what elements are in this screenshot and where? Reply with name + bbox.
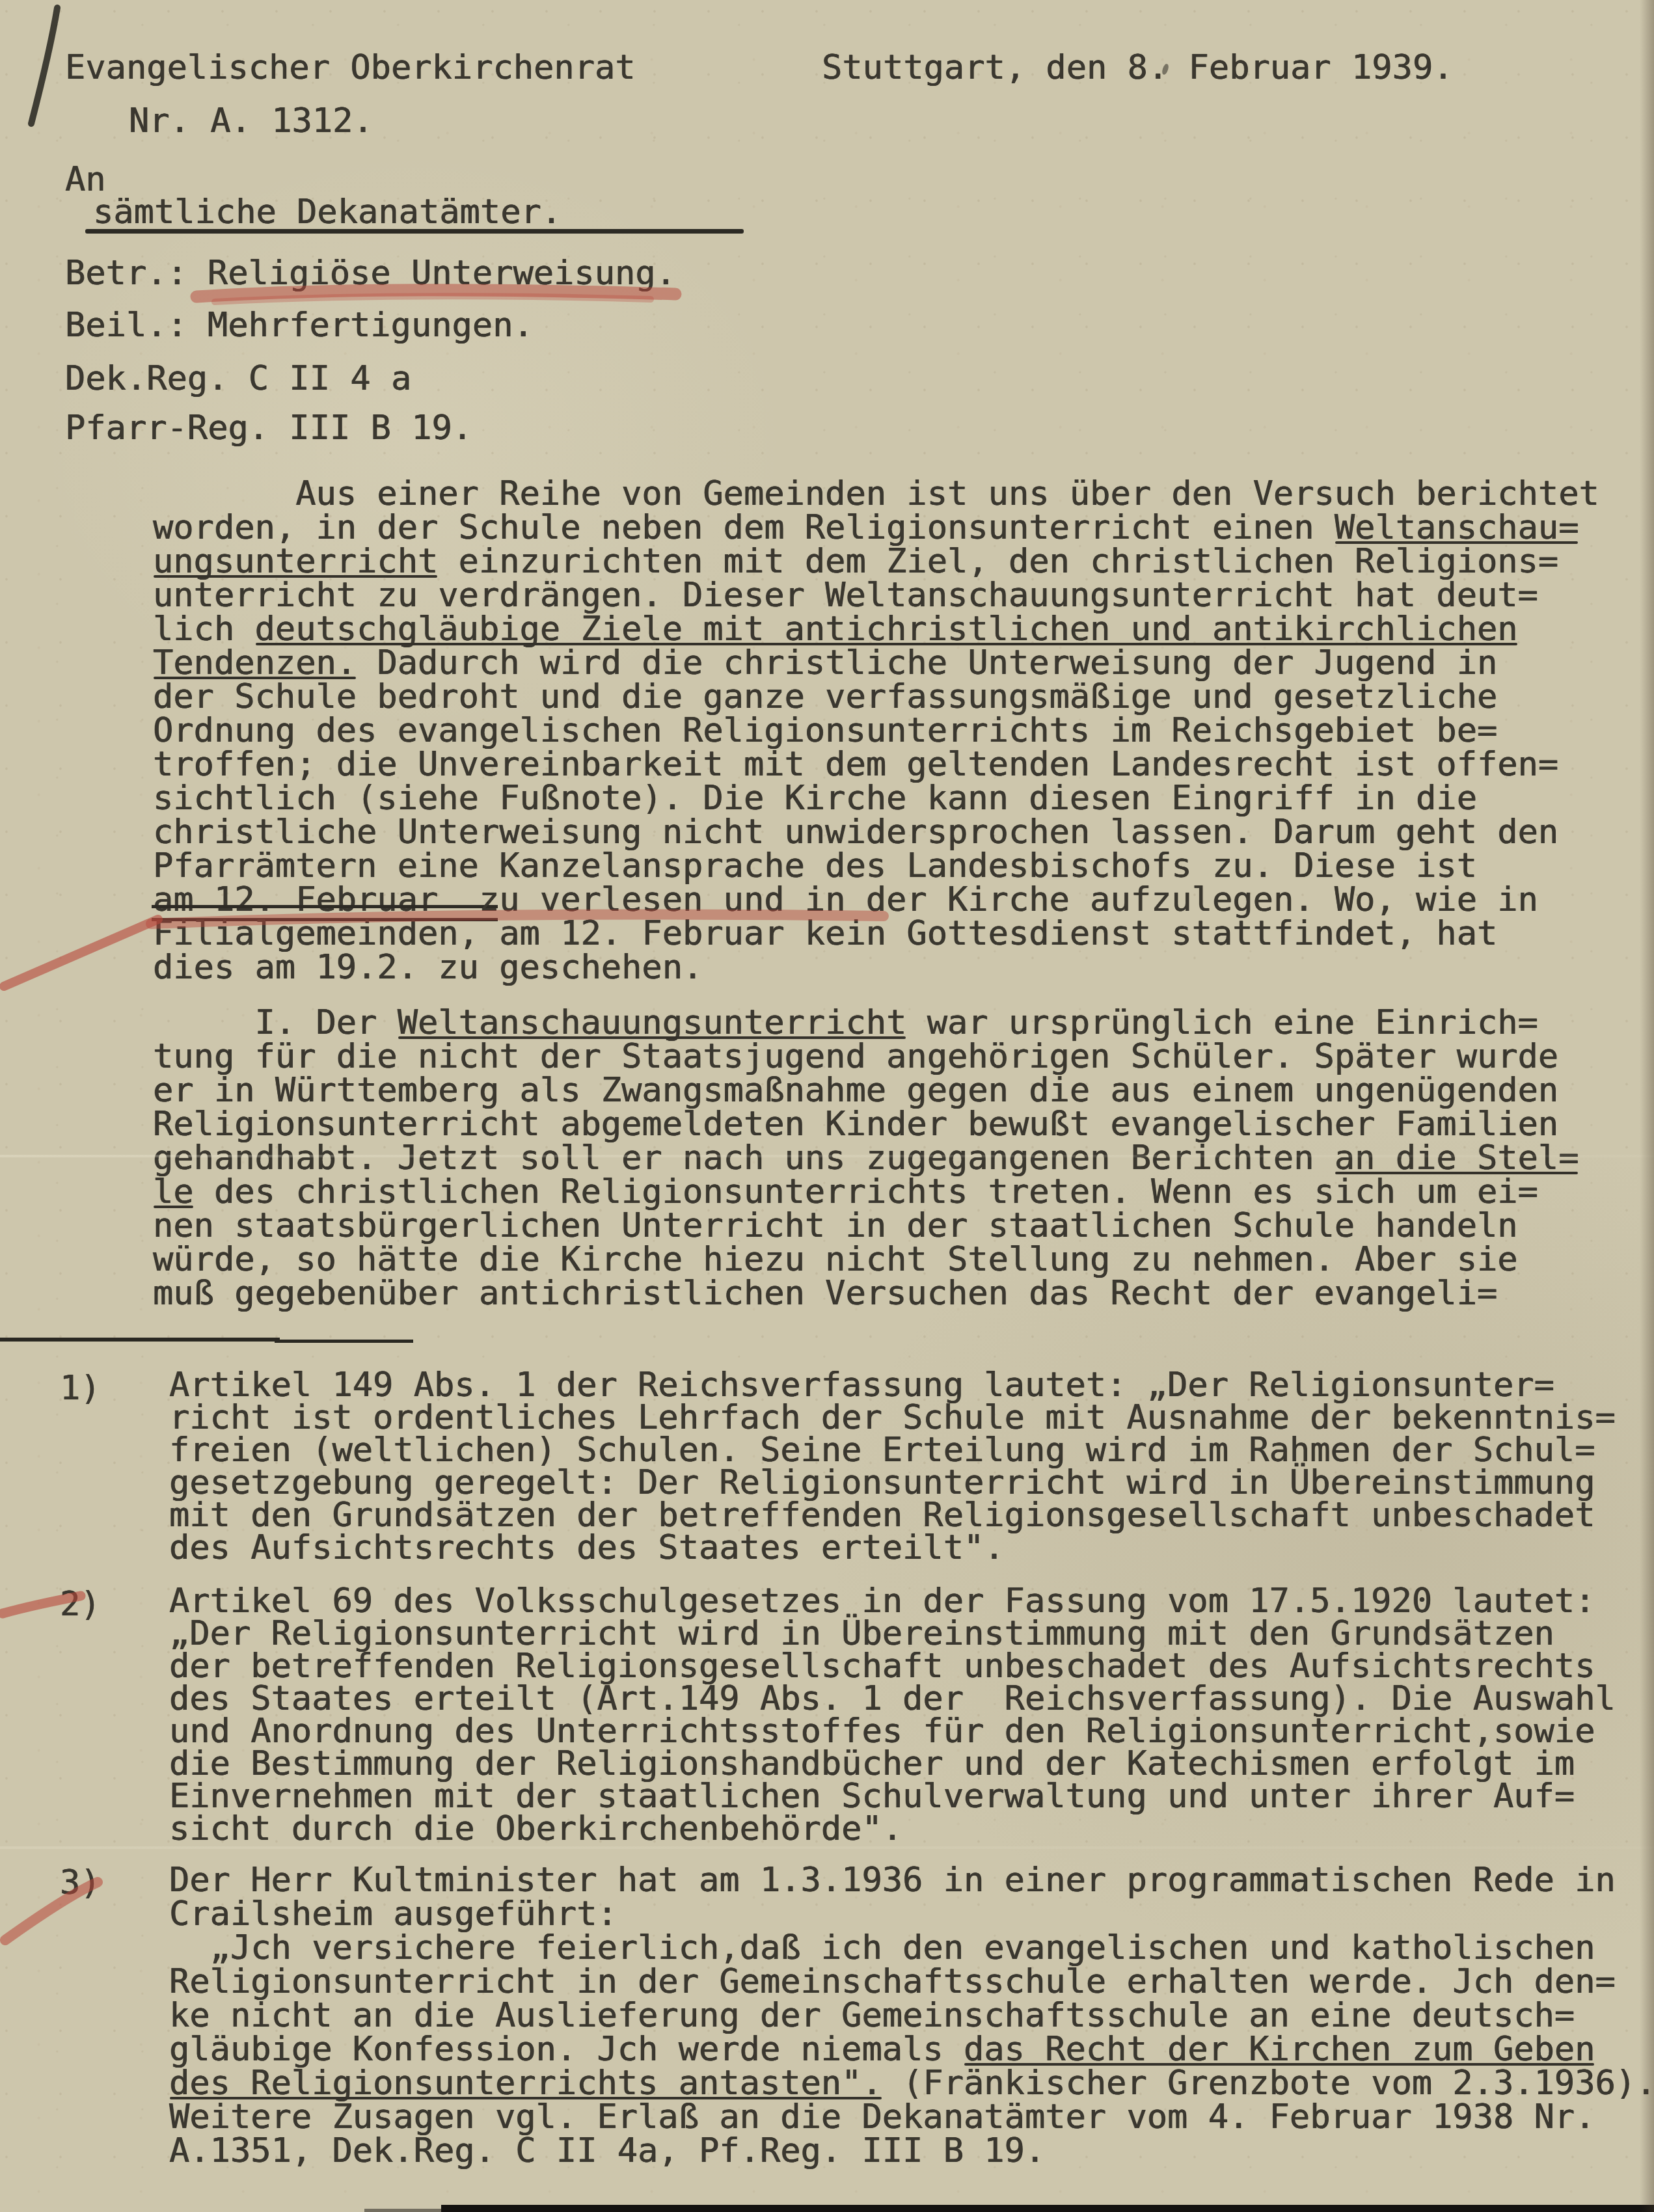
text-line: troffen; die Unvereinbarkeit mit dem gel… bbox=[153, 748, 1599, 781]
enclosure-label: Beil.: bbox=[65, 306, 187, 345]
text-line: ke nicht an die Auslieferung der Gemeins… bbox=[169, 1999, 1654, 2032]
text-line: gläubige Konfession. Jch werde niemals d… bbox=[169, 2032, 1654, 2066]
text-line: Religionsunterricht abgemeldeten Kinder … bbox=[153, 1107, 1579, 1141]
text-line: richt ist ordentliches Lehrfach der Schu… bbox=[169, 1401, 1616, 1434]
dateline: Stuttgart, den 8. Februar 1939. bbox=[822, 48, 1454, 87]
text-line: Pfarrämtern eine Kanzelansprache des Lan… bbox=[153, 849, 1599, 883]
text-line: Tendenzen. Dadurch wird die christliche … bbox=[153, 646, 1599, 680]
footnote-1-text: Artikel 149 Abs. 1 der Reichsverfassung … bbox=[169, 1369, 1616, 1564]
text-line: würde, so hätte die Kirche hiezu nicht S… bbox=[153, 1243, 1579, 1276]
footnote-2: 2) Artikel 69 des Volksschulgesetzes in … bbox=[169, 1585, 1616, 1845]
text-line: I. Der Weltanschauungsunterricht war urs… bbox=[153, 1006, 1579, 1040]
text-line: Crailsheim ausgeführt: bbox=[169, 1897, 1654, 1931]
text-line: Der Herr Kultminister hat am 1.3.1936 in… bbox=[169, 1863, 1654, 1897]
registry-pfarr: Pfarr-Reg. III B 19. bbox=[65, 409, 472, 448]
file-number: Nr. A. 1312. bbox=[129, 101, 373, 141]
text-line: le des christlichen Religionsunterrichts… bbox=[153, 1175, 1579, 1209]
text-line: nen staatsbürgerlichen Unterricht in der… bbox=[153, 1209, 1579, 1243]
text-line: der betreffenden Religionsgesellschaft u… bbox=[169, 1650, 1616, 1682]
red-crayon-underline-subject-second-pass bbox=[215, 296, 651, 302]
enclosure-row: Beil.:Mehrfertigungen. bbox=[65, 306, 534, 345]
text-line: sichtlich (siehe Fußnote). Die Kirche ka… bbox=[153, 781, 1599, 815]
footnote-2-marker: 2) bbox=[60, 1585, 101, 1624]
text-line: „Jch versichere feierlich,daß ich den ev… bbox=[169, 1931, 1654, 1965]
text-line: Religionsunterricht in der Gemeinschafts… bbox=[169, 1965, 1654, 1999]
text-line: des Religionsunterrichts antasten". (Frä… bbox=[169, 2066, 1654, 2100]
recipient: sämtliche Dekanatämter. bbox=[93, 193, 562, 232]
text-line: und Anordnung des Unterrichtsstoffes für… bbox=[169, 1715, 1616, 1747]
text-line: Einvernehmen mit der staatlichen Schulve… bbox=[169, 1780, 1616, 1813]
scan-edge bbox=[364, 2209, 449, 2212]
text-line: am 12. Februar zu verlesen und in der Ki… bbox=[153, 883, 1599, 917]
text-line: die Bestimmung der Religionshandbücher u… bbox=[169, 1747, 1616, 1780]
text-line: gehandhabt. Jetzt soll er nach uns zugeg… bbox=[153, 1141, 1579, 1175]
footnote-3: 3) Der Herr Kultminister hat am 1.3.1936… bbox=[169, 1863, 1654, 2168]
text-line: A.1351, Dek.Reg. C II 4a, Pf.Reg. III B … bbox=[169, 2134, 1654, 2168]
text-line: christliche Unterweisung nicht unwidersp… bbox=[153, 815, 1599, 849]
scan-edge bbox=[441, 2205, 1654, 2212]
text-line: worden, in der Schule neben dem Religion… bbox=[153, 511, 1599, 545]
text-line: lich deutschgläubige Ziele mit antichris… bbox=[153, 612, 1599, 646]
paper-crease bbox=[0, 1846, 1654, 1849]
body-paragraph-1: Aus einer Reihe von Gemeinden ist uns üb… bbox=[153, 477, 1599, 984]
text-line: er in Württemberg als Zwangsmaßnahme geg… bbox=[153, 1073, 1579, 1107]
text-line: Ordnung des evangelischen Religionsunter… bbox=[153, 714, 1599, 748]
ink-stroke-top-left bbox=[31, 8, 57, 124]
text-line: Artikel 149 Abs. 1 der Reichsverfassung … bbox=[169, 1369, 1616, 1401]
red-margin-slash-am-12-februar bbox=[4, 919, 158, 986]
subject-value: Religiöse Unterweisung. bbox=[208, 254, 676, 293]
text-line: der Schule bedroht und die ganze verfass… bbox=[153, 680, 1599, 714]
text-line: gesetzgebung geregelt: Der Religionsunte… bbox=[169, 1466, 1616, 1499]
recipient-underline bbox=[85, 229, 744, 234]
text-line: unterricht zu verdrängen. Dieser Weltans… bbox=[153, 578, 1599, 612]
footnote-1-marker: 1) bbox=[60, 1369, 101, 1408]
subject-row: Betr.:Religiöse Unterweisung. bbox=[65, 254, 676, 293]
paper-crease bbox=[0, 1155, 1654, 1157]
text-line: tung für die nicht der Staatsjugend ange… bbox=[153, 1040, 1579, 1073]
footnote-3-text: Der Herr Kultminister hat am 1.3.1936 in… bbox=[169, 1863, 1654, 2168]
text-line: Weitere Zusagen vgl. Erlaß an die Dekana… bbox=[169, 2100, 1654, 2134]
enclosure-value: Mehrfertigungen. bbox=[208, 306, 534, 345]
footnote-2-text: Artikel 69 des Volksschulgesetzes in der… bbox=[169, 1585, 1616, 1845]
text-line: des Staates erteilt (Art.149 Abs. 1 der … bbox=[169, 1682, 1616, 1715]
text-line: „Der Religionsunterricht wird in Überein… bbox=[169, 1617, 1616, 1650]
footnote-1: 1) Artikel 149 Abs. 1 der Reichsverfassu… bbox=[169, 1369, 1616, 1564]
footnote-3-marker: 3) bbox=[60, 1863, 101, 1902]
body-paragraph-2: I. Der Weltanschauungsunterricht war urs… bbox=[153, 1006, 1579, 1310]
scanned-letter-page: Evangelischer Oberkirchenrat Stuttgart, … bbox=[0, 0, 1654, 2212]
subject-label: Betr.: bbox=[65, 254, 187, 293]
text-line: Artikel 69 des Volksschulgesetzes in der… bbox=[169, 1585, 1616, 1617]
letterhead: Evangelischer Oberkirchenrat bbox=[65, 48, 636, 87]
footnote-divider-segment bbox=[275, 1340, 413, 1343]
scan-edge bbox=[1640, 0, 1654, 2212]
text-line: freien (weltlichen) Schulen. Seine Ertei… bbox=[169, 1434, 1616, 1466]
text-line: des Aufsichtsrechts des Staates erteilt"… bbox=[169, 1531, 1616, 1564]
text-line: Aus einer Reihe von Gemeinden ist uns üb… bbox=[153, 477, 1599, 511]
text-line: ungsunterricht einzurichten mit dem Ziel… bbox=[153, 545, 1599, 578]
footnote-divider bbox=[0, 1338, 280, 1342]
text-line: Filialgemeinden, am 12. Februar kein Got… bbox=[153, 917, 1599, 951]
text-line: dies am 19.2. zu geschehen. bbox=[153, 951, 1599, 984]
registry-dekanat: Dek.Reg. C II 4 a bbox=[65, 359, 411, 398]
text-line: mit den Grundsätzen der betreffenden Rel… bbox=[169, 1499, 1616, 1531]
text-line: sicht durch die Oberkirchenbehörde". bbox=[169, 1813, 1616, 1845]
text-line: muß gegebenüber antichristlichen Versuch… bbox=[153, 1276, 1579, 1310]
